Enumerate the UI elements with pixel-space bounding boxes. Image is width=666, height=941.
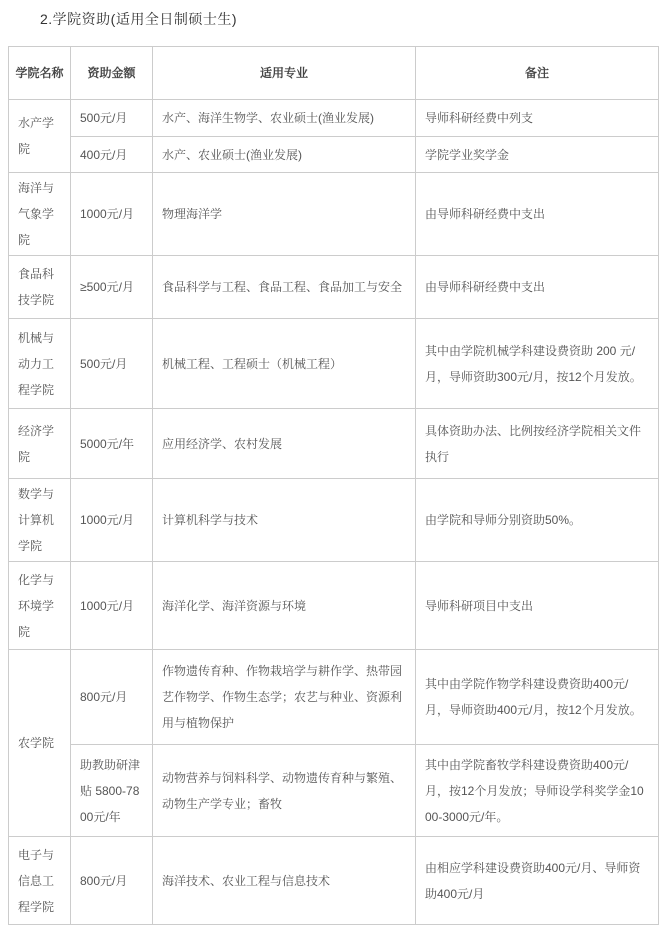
table-row: 农学院 800元/月 作物遗传育种、作物栽培学与耕作学、热带园艺作物学、作物生态… xyxy=(9,650,659,745)
table-row: 水产学院 500元/月 水产、海洋生物学、农业硕士(渔业发展) 导师科研经费中列… xyxy=(9,100,659,137)
college-name-cell: 经济学院 xyxy=(9,409,71,479)
majors-cell: 物理海洋学 xyxy=(153,173,416,256)
college-funding-table: 学院名称 资助金额 适用专业 备注 水产学院 500元/月 水产、海洋生物学、农… xyxy=(8,46,659,925)
remark-cell: 由导师科研经费中支出 xyxy=(416,173,659,256)
amount-cell: 500元/月 xyxy=(71,100,153,137)
college-name-cell: 水产学院 xyxy=(9,100,71,173)
remark-cell: 由学院和导师分别资助50%。 xyxy=(416,479,659,562)
amount-cell: 1000元/月 xyxy=(71,173,153,256)
header-college: 学院名称 xyxy=(9,47,71,100)
majors-cell: 作物遗传育种、作物栽培学与耕作学、热带园艺作物学、作物生态学；农艺与种业、资源利… xyxy=(153,650,416,745)
remark-cell: 其中由学院作物学科建设费资助400元/月，导师资助400元/月，按12个月发放。 xyxy=(416,650,659,745)
amount-cell: 5000元/年 xyxy=(71,409,153,479)
table-row: 助教助研津贴 5800-7800元/年 动物营养与饲料科学、动物遗传育种与繁殖、… xyxy=(9,745,659,837)
college-name-cell: 化学与环境学院 xyxy=(9,562,71,650)
amount-cell: 800元/月 xyxy=(71,837,153,925)
majors-cell: 应用经济学、农村发展 xyxy=(153,409,416,479)
amount-cell: 800元/月 xyxy=(71,650,153,745)
section-title: 2.学院资助(适用全日制硕士生) xyxy=(40,9,666,29)
amount-cell: 1000元/月 xyxy=(71,479,153,562)
majors-cell: 水产、海洋生物学、农业硕士(渔业发展) xyxy=(153,100,416,137)
college-name-cell: 海洋与气象学院 xyxy=(9,173,71,256)
amount-cell: ≥500元/月 xyxy=(71,256,153,319)
remark-cell: 由导师科研经费中支出 xyxy=(416,256,659,319)
table-row: 海洋与气象学院 1000元/月 物理海洋学 由导师科研经费中支出 xyxy=(9,173,659,256)
table-row: 数学与计算机学院 1000元/月 计算机科学与技术 由学院和导师分别资助50%。 xyxy=(9,479,659,562)
remark-cell: 其中由学院畜牧学科建设费资助400元/月，按12个月发放；导师设学科奖学金100… xyxy=(416,745,659,837)
college-name-cell: 食品科技学院 xyxy=(9,256,71,319)
remark-cell: 由相应学科建设费资助400元/月、导师资助400元/月 xyxy=(416,837,659,925)
remark-cell: 其中由学院机械学科建设费资助 200 元/月，导师资助300元/月，按12个月发… xyxy=(416,319,659,409)
table-row: 机械与动力工程学院 500元/月 机械工程、工程硕士（机械工程） 其中由学院机械… xyxy=(9,319,659,409)
table-row: 化学与环境学院 1000元/月 海洋化学、海洋资源与环境 导师科研项目中支出 xyxy=(9,562,659,650)
college-name-cell: 机械与动力工程学院 xyxy=(9,319,71,409)
table-row: 食品科技学院 ≥500元/月 食品科学与工程、食品工程、食品加工与安全 由导师科… xyxy=(9,256,659,319)
amount-cell: 500元/月 xyxy=(71,319,153,409)
table-row: 经济学院 5000元/年 应用经济学、农村发展 具体资助办法、比例按经济学院相关… xyxy=(9,409,659,479)
remark-cell: 学院学业奖学金 xyxy=(416,137,659,173)
majors-cell: 动物营养与饲料科学、动物遗传育种与繁殖、动物生产学专业；畜牧 xyxy=(153,745,416,837)
amount-cell: 助教助研津贴 5800-7800元/年 xyxy=(71,745,153,837)
header-remark: 备注 xyxy=(416,47,659,100)
majors-cell: 计算机科学与技术 xyxy=(153,479,416,562)
amount-cell: 400元/月 xyxy=(71,137,153,173)
majors-cell: 海洋技术、农业工程与信息技术 xyxy=(153,837,416,925)
document-page: 2.学院资助(适用全日制硕士生) 学院名称 资助金额 适用专业 备注 水产学院 … xyxy=(0,9,666,941)
majors-cell: 食品科学与工程、食品工程、食品加工与安全 xyxy=(153,256,416,319)
college-name-cell: 数学与计算机学院 xyxy=(9,479,71,562)
remark-cell: 导师科研项目中支出 xyxy=(416,562,659,650)
college-name-cell: 农学院 xyxy=(9,650,71,837)
majors-cell: 机械工程、工程硕士（机械工程） xyxy=(153,319,416,409)
majors-cell: 海洋化学、海洋资源与环境 xyxy=(153,562,416,650)
header-row: 学院名称 资助金额 适用专业 备注 xyxy=(9,47,659,100)
header-amount: 资助金额 xyxy=(71,47,153,100)
table-row: 电子与信息工程学院 800元/月 海洋技术、农业工程与信息技术 由相应学科建设费… xyxy=(9,837,659,925)
header-majors: 适用专业 xyxy=(153,47,416,100)
remark-cell: 导师科研经费中列支 xyxy=(416,100,659,137)
table-row: 400元/月 水产、农业硕士(渔业发展) 学院学业奖学金 xyxy=(9,137,659,173)
college-name-cell: 电子与信息工程学院 xyxy=(9,837,71,925)
amount-cell: 1000元/月 xyxy=(71,562,153,650)
remark-cell: 具体资助办法、比例按经济学院相关文件执行 xyxy=(416,409,659,479)
majors-cell: 水产、农业硕士(渔业发展) xyxy=(153,137,416,173)
